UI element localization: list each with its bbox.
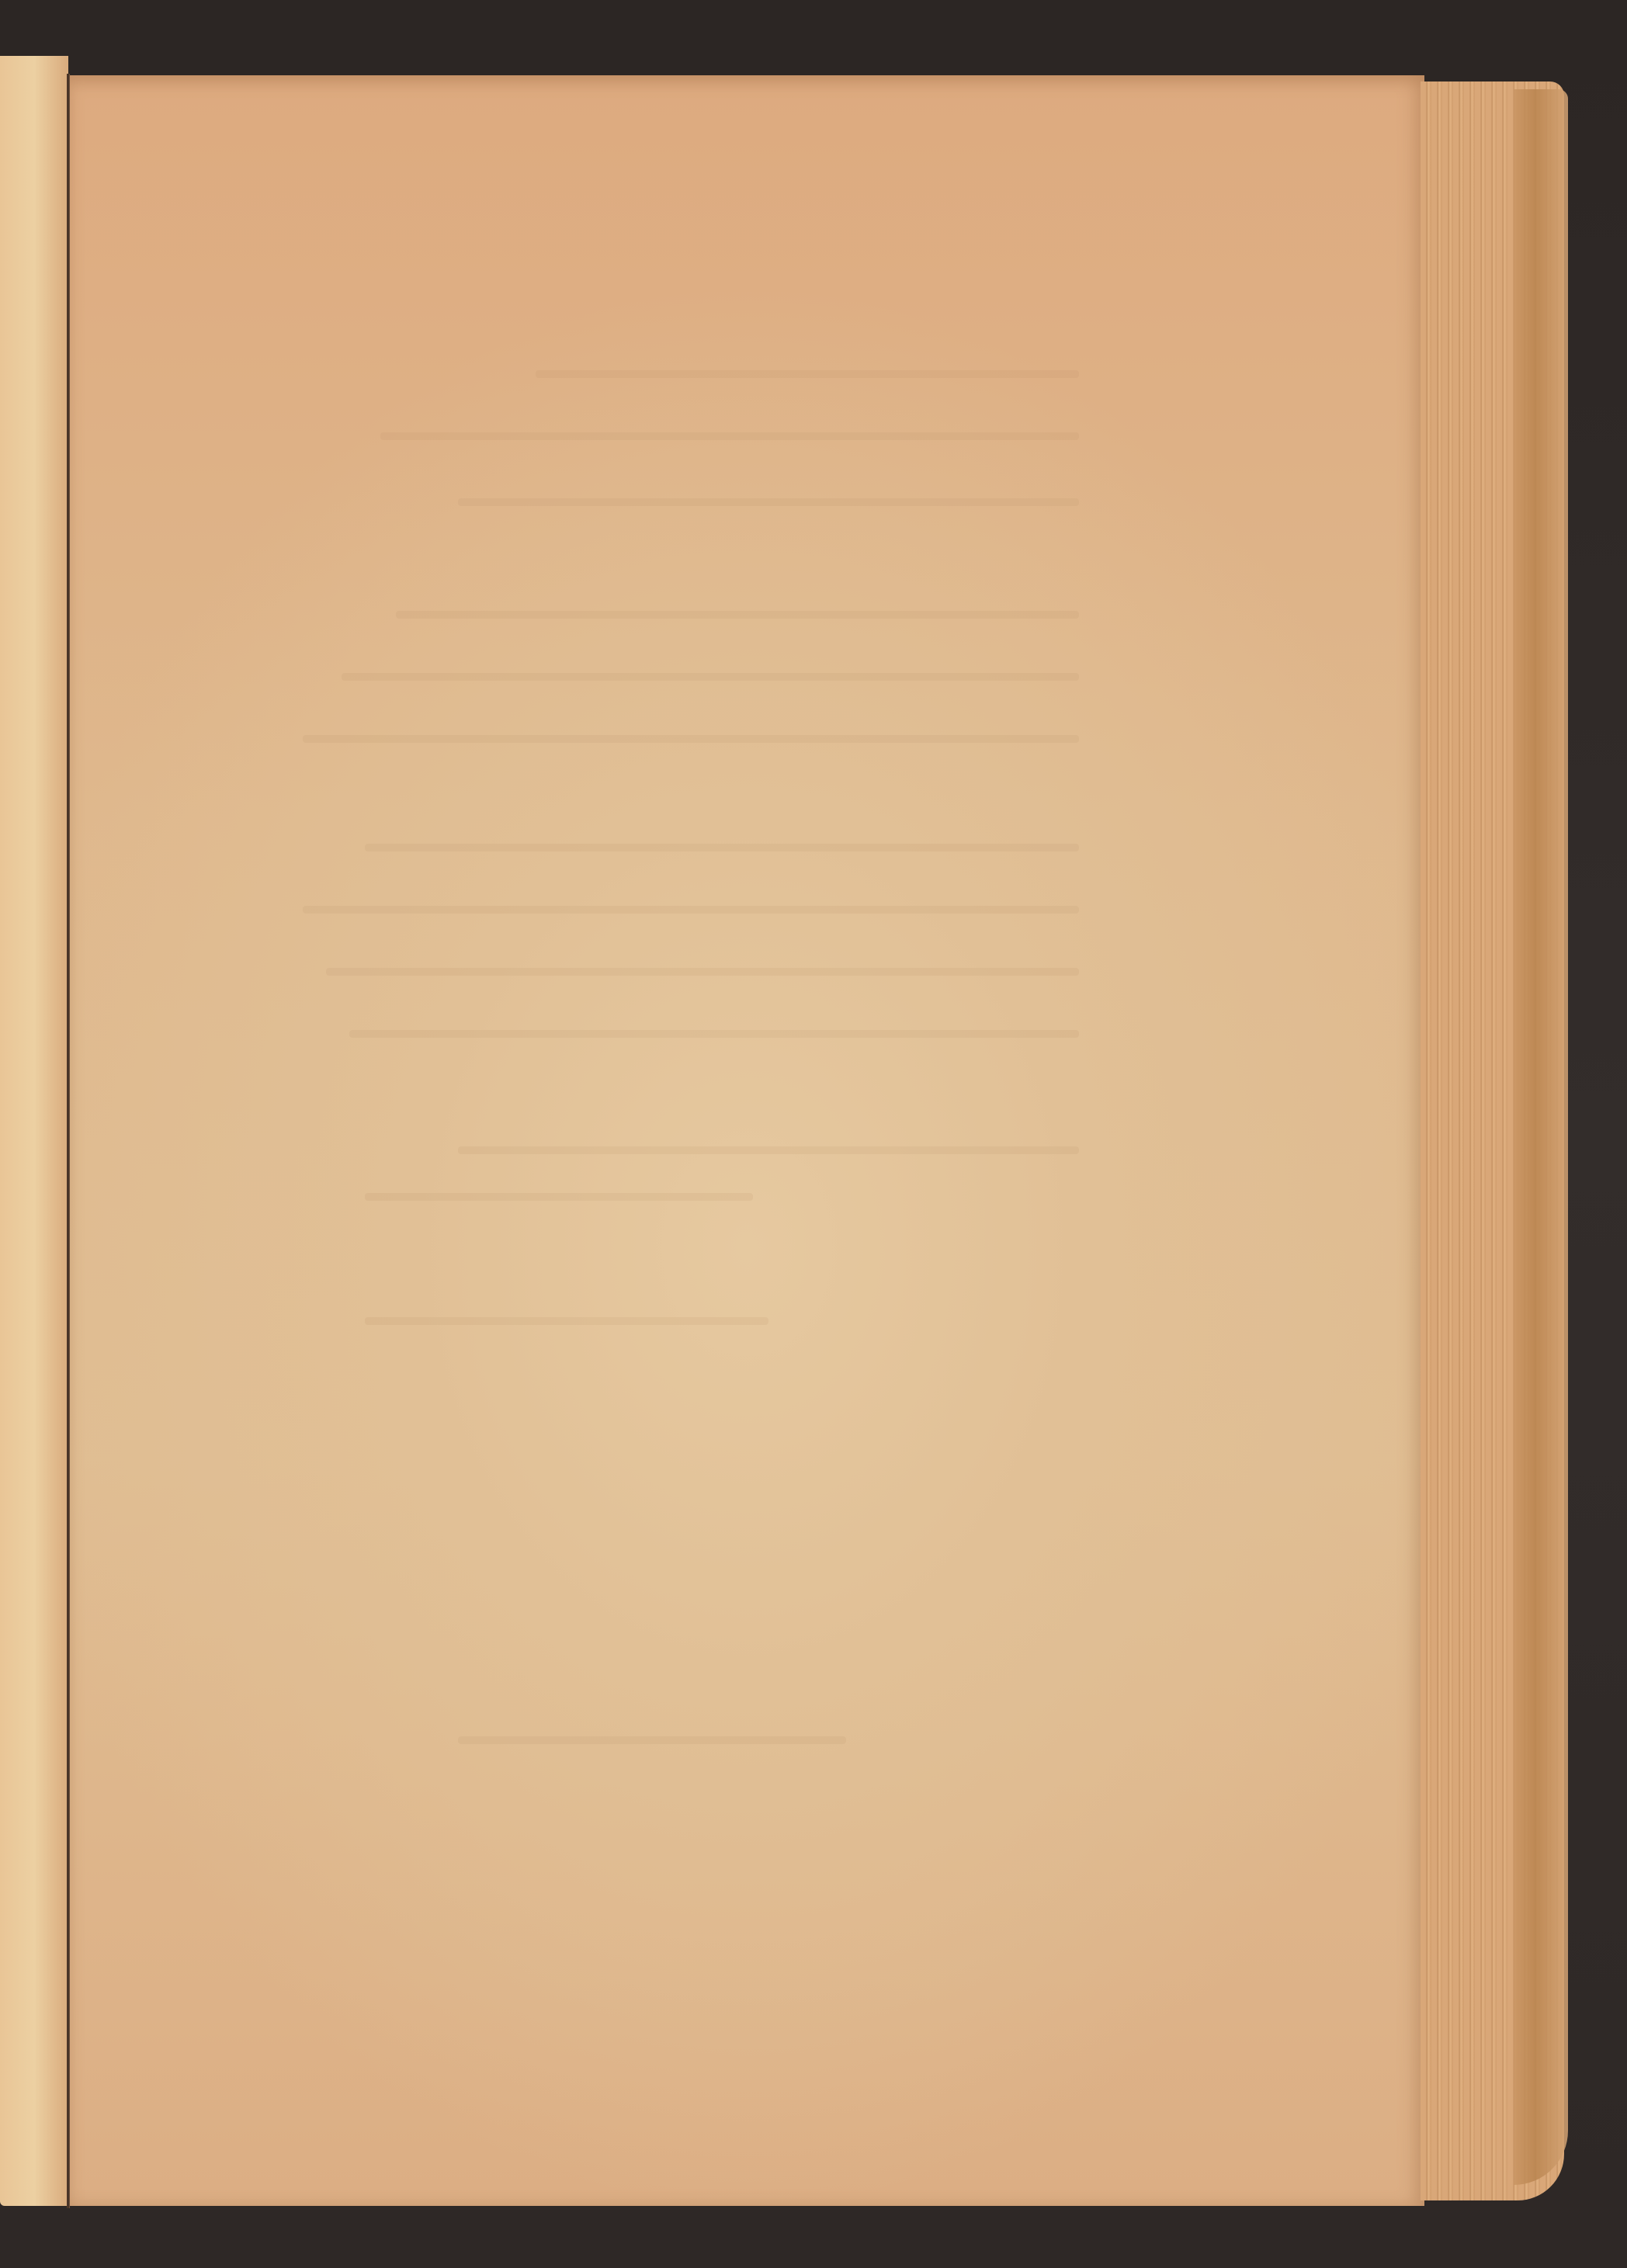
book-gutter [67,74,70,2208]
worn-fore-edge [1514,89,1568,2185]
left-page-edge [0,56,68,2206]
blank-book-page [70,75,1424,2206]
